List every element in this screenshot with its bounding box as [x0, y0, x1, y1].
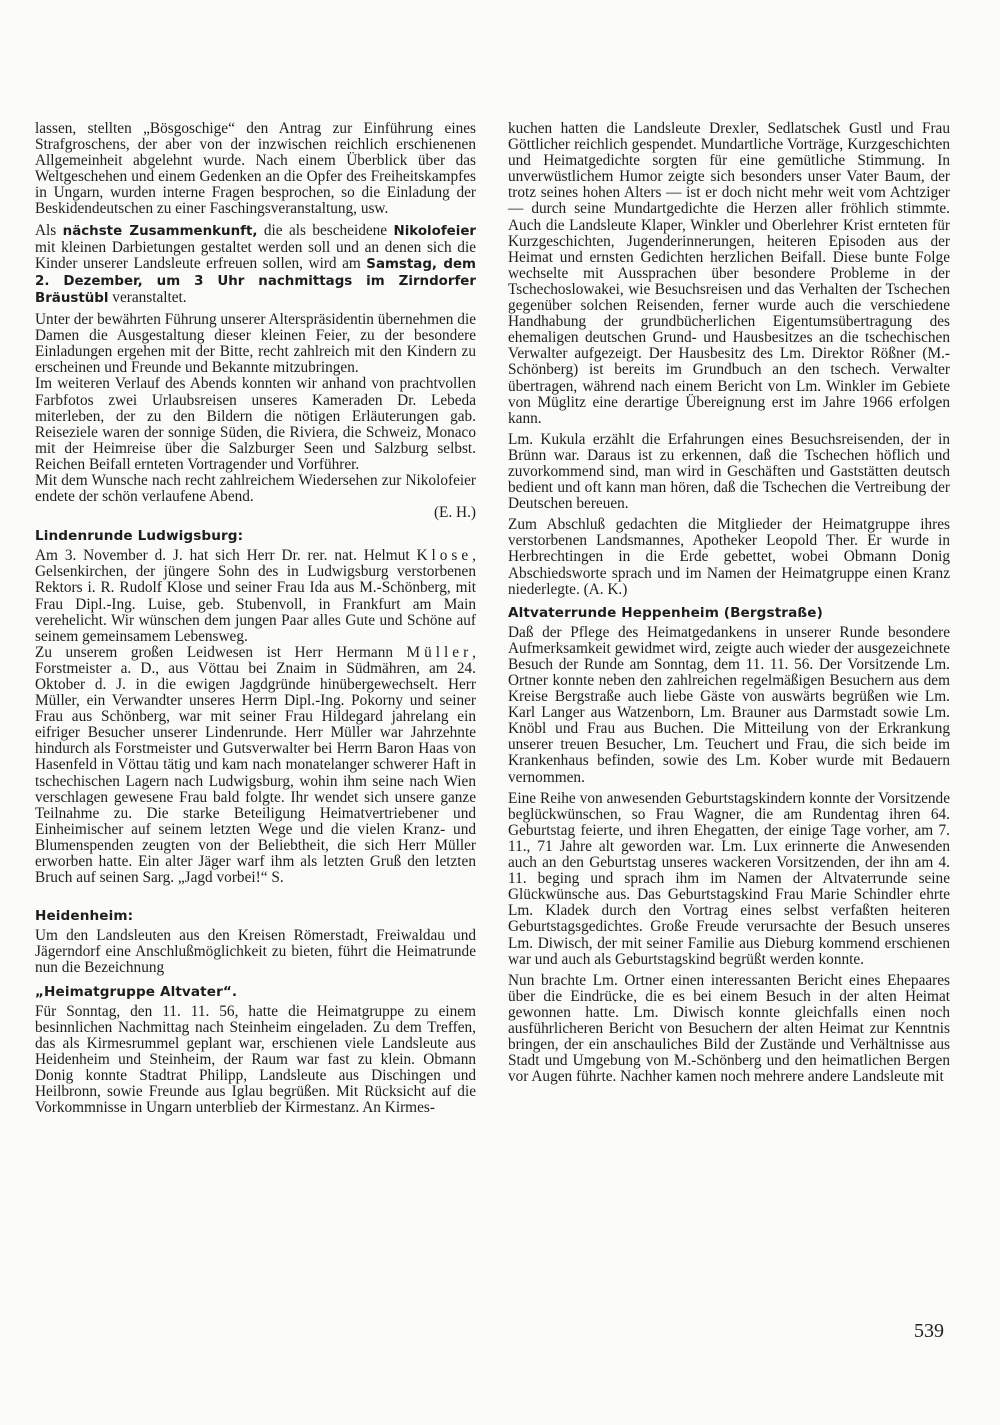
page-number: 539 — [914, 1320, 944, 1343]
paragraph: Eine Reihe von anwesenden Geburtstagskin… — [508, 791, 950, 968]
bold-text: Nikolofeier — [393, 224, 476, 239]
subheading: „Heimatgruppe Altvater“. — [35, 984, 476, 1000]
text: , Forstmeister a. D., aus Vöttau bei Zna… — [35, 644, 476, 886]
spaced-name: Müller — [407, 644, 473, 661]
paragraph: Lm. Kukula erzählt die Erfahrungen eines… — [508, 432, 950, 512]
text: Als — [35, 222, 63, 239]
paragraph: Im weiteren Verlauf des Abends konnten w… — [35, 376, 476, 473]
section-heading: Lindenrunde Ludwigsburg: — [35, 528, 476, 544]
paragraph: Nun brachte Lm. Ortner einen interessant… — [508, 973, 950, 1086]
signature: (E. H.) — [35, 505, 476, 521]
bold-text: nächste Zusammenkunft, — [63, 224, 258, 239]
paragraph: Unter der bewährten Führung unserer Alte… — [35, 312, 476, 376]
section-heading: Altvaterrunde Heppenheim (Bergstraße) — [508, 605, 950, 621]
paragraph: Zu unserem großen Leidwesen ist Herr Her… — [35, 645, 476, 886]
paragraph: kuchen hatten die Landsleute Drexler, Se… — [508, 121, 950, 427]
paragraph: Daß der Pflege des Heimatgedankens in un… — [508, 625, 950, 786]
spaced-name: Klose — [416, 547, 472, 564]
left-column: lassen, stellten „Bösgoschige“ den Antra… — [35, 121, 476, 1116]
right-column: kuchen hatten die Landsleute Drexler, Se… — [508, 121, 950, 1085]
paragraph: Zum Abschluß gedachten die Mitglieder de… — [508, 517, 950, 597]
text: Zu unserem großen Leidwesen ist Herr Her… — [35, 644, 407, 661]
paragraph: lassen, stellten „Bösgoschige“ den Antra… — [35, 121, 476, 218]
text: veranstaltet. — [108, 289, 186, 306]
paragraph: Mit dem Wunsche nach recht zahlreichem W… — [35, 473, 476, 505]
text: Am 3. November d. J. hat sich Herr Dr. r… — [35, 547, 416, 564]
paragraph: Am 3. November d. J. hat sich Herr Dr. r… — [35, 548, 476, 645]
text: die als bescheidene — [257, 222, 393, 239]
section-heading: Heidenheim: — [35, 908, 476, 924]
paragraph-nikolofeier: Als nächste Zusammenkunft, die als besch… — [35, 223, 476, 307]
paragraph: Um den Landsleuten aus den Kreisen Römer… — [35, 928, 476, 976]
paragraph: Für Sonntag, den 11. 11. 56, hatte die H… — [35, 1004, 476, 1117]
